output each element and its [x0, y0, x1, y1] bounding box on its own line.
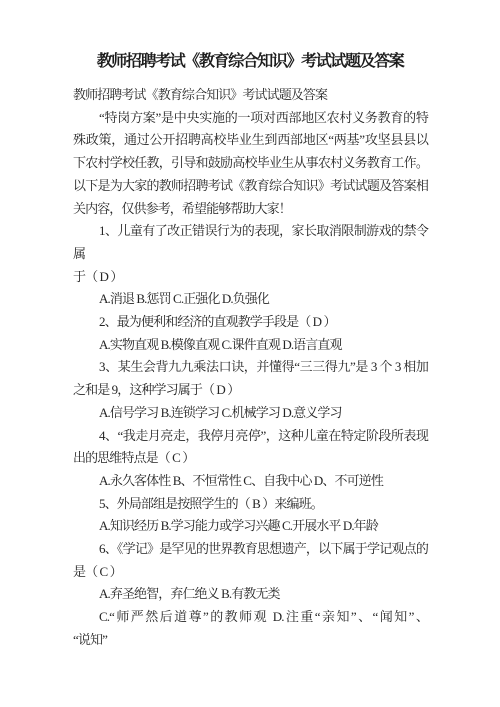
- text-line: 4、“我走月亮走，我停月亮停”，这种儿童在特定阶段所表现: [73, 425, 428, 448]
- text-line: C.“师严然后道尊”的教师观 D.注重“亲知”、“闻知”、: [73, 606, 428, 629]
- text-line: “特岗方案”是中央实施的一项对西部地区农村义务教育的特: [73, 107, 428, 130]
- text-line: 于（ D ）: [73, 266, 428, 289]
- text-line: 是（ C ）: [73, 561, 428, 584]
- text-line: A.永久客体性 B、不恒常性 C、自我中心 D、不可逆性: [73, 470, 428, 493]
- text-line: 6、《学记》是罕见的世界教育思想遗产，以下属于学记观点的: [73, 538, 428, 561]
- text-line: 下农村学校任教，引导和鼓励高校毕业生从事农村义务教育工作。: [73, 152, 428, 175]
- text-line: A.信号学习 B.连锁学习 C.机械学习 D.意义学习: [73, 402, 428, 425]
- text-line: 教师招聘考试《教育综合知识》考试试题及答案: [73, 84, 428, 107]
- text-line: 之和是 9，这种学习属于（ D ）: [73, 379, 428, 402]
- text-line: 1、儿童有了改正错误行为的表现，家长取消限制游戏的禁令属: [73, 220, 428, 265]
- text-line: 殊政策，通过公开招聘高校毕业生到西部地区“两基”攻坚县县以: [73, 129, 428, 152]
- text-line: 以下是为大家的教师招聘考试《教育综合知识》考试试题及答案相: [73, 175, 428, 198]
- text-line: A.知识经历 B.学习能力或学习兴趣 C.开展水平 D.年龄: [73, 515, 428, 538]
- text-line: “说知”: [73, 629, 428, 652]
- text-line: 关内容，仅供参考，希望能够帮助大家！: [73, 198, 428, 221]
- text-line: 3、某生会背九九乘法口诀，并懂得“三三得九”是 3 个 3 相加: [73, 356, 428, 379]
- text-line: A.消退 B.惩罚 C.正强化 D.负强化: [73, 288, 428, 311]
- document-page: 教师招聘考试《教育综合知识》考试试题及答案 教师招聘考试《教育综合知识》考试试题…: [0, 0, 500, 707]
- text-line: 出的思维特点是（ C ）: [73, 447, 428, 470]
- text-line: 2、最为便利和经济的直观教学手段是（ D ）: [73, 311, 428, 334]
- text-line: 5、外局部组是按照学生的（ B ）来编班。: [73, 493, 428, 516]
- text-line: A.弃圣绝智，弃仁绝义 B.有教无类: [73, 583, 428, 606]
- text-line: A.实物直观 B.模像直观 C.课件直观 D.语言直观: [73, 334, 428, 357]
- document-body: 教师招聘考试《教育综合知识》考试试题及答案 “特岗方案”是中央实施的一项对西部地…: [73, 84, 428, 652]
- document-title: 教师招聘考试《教育综合知识》考试试题及答案: [0, 0, 500, 74]
